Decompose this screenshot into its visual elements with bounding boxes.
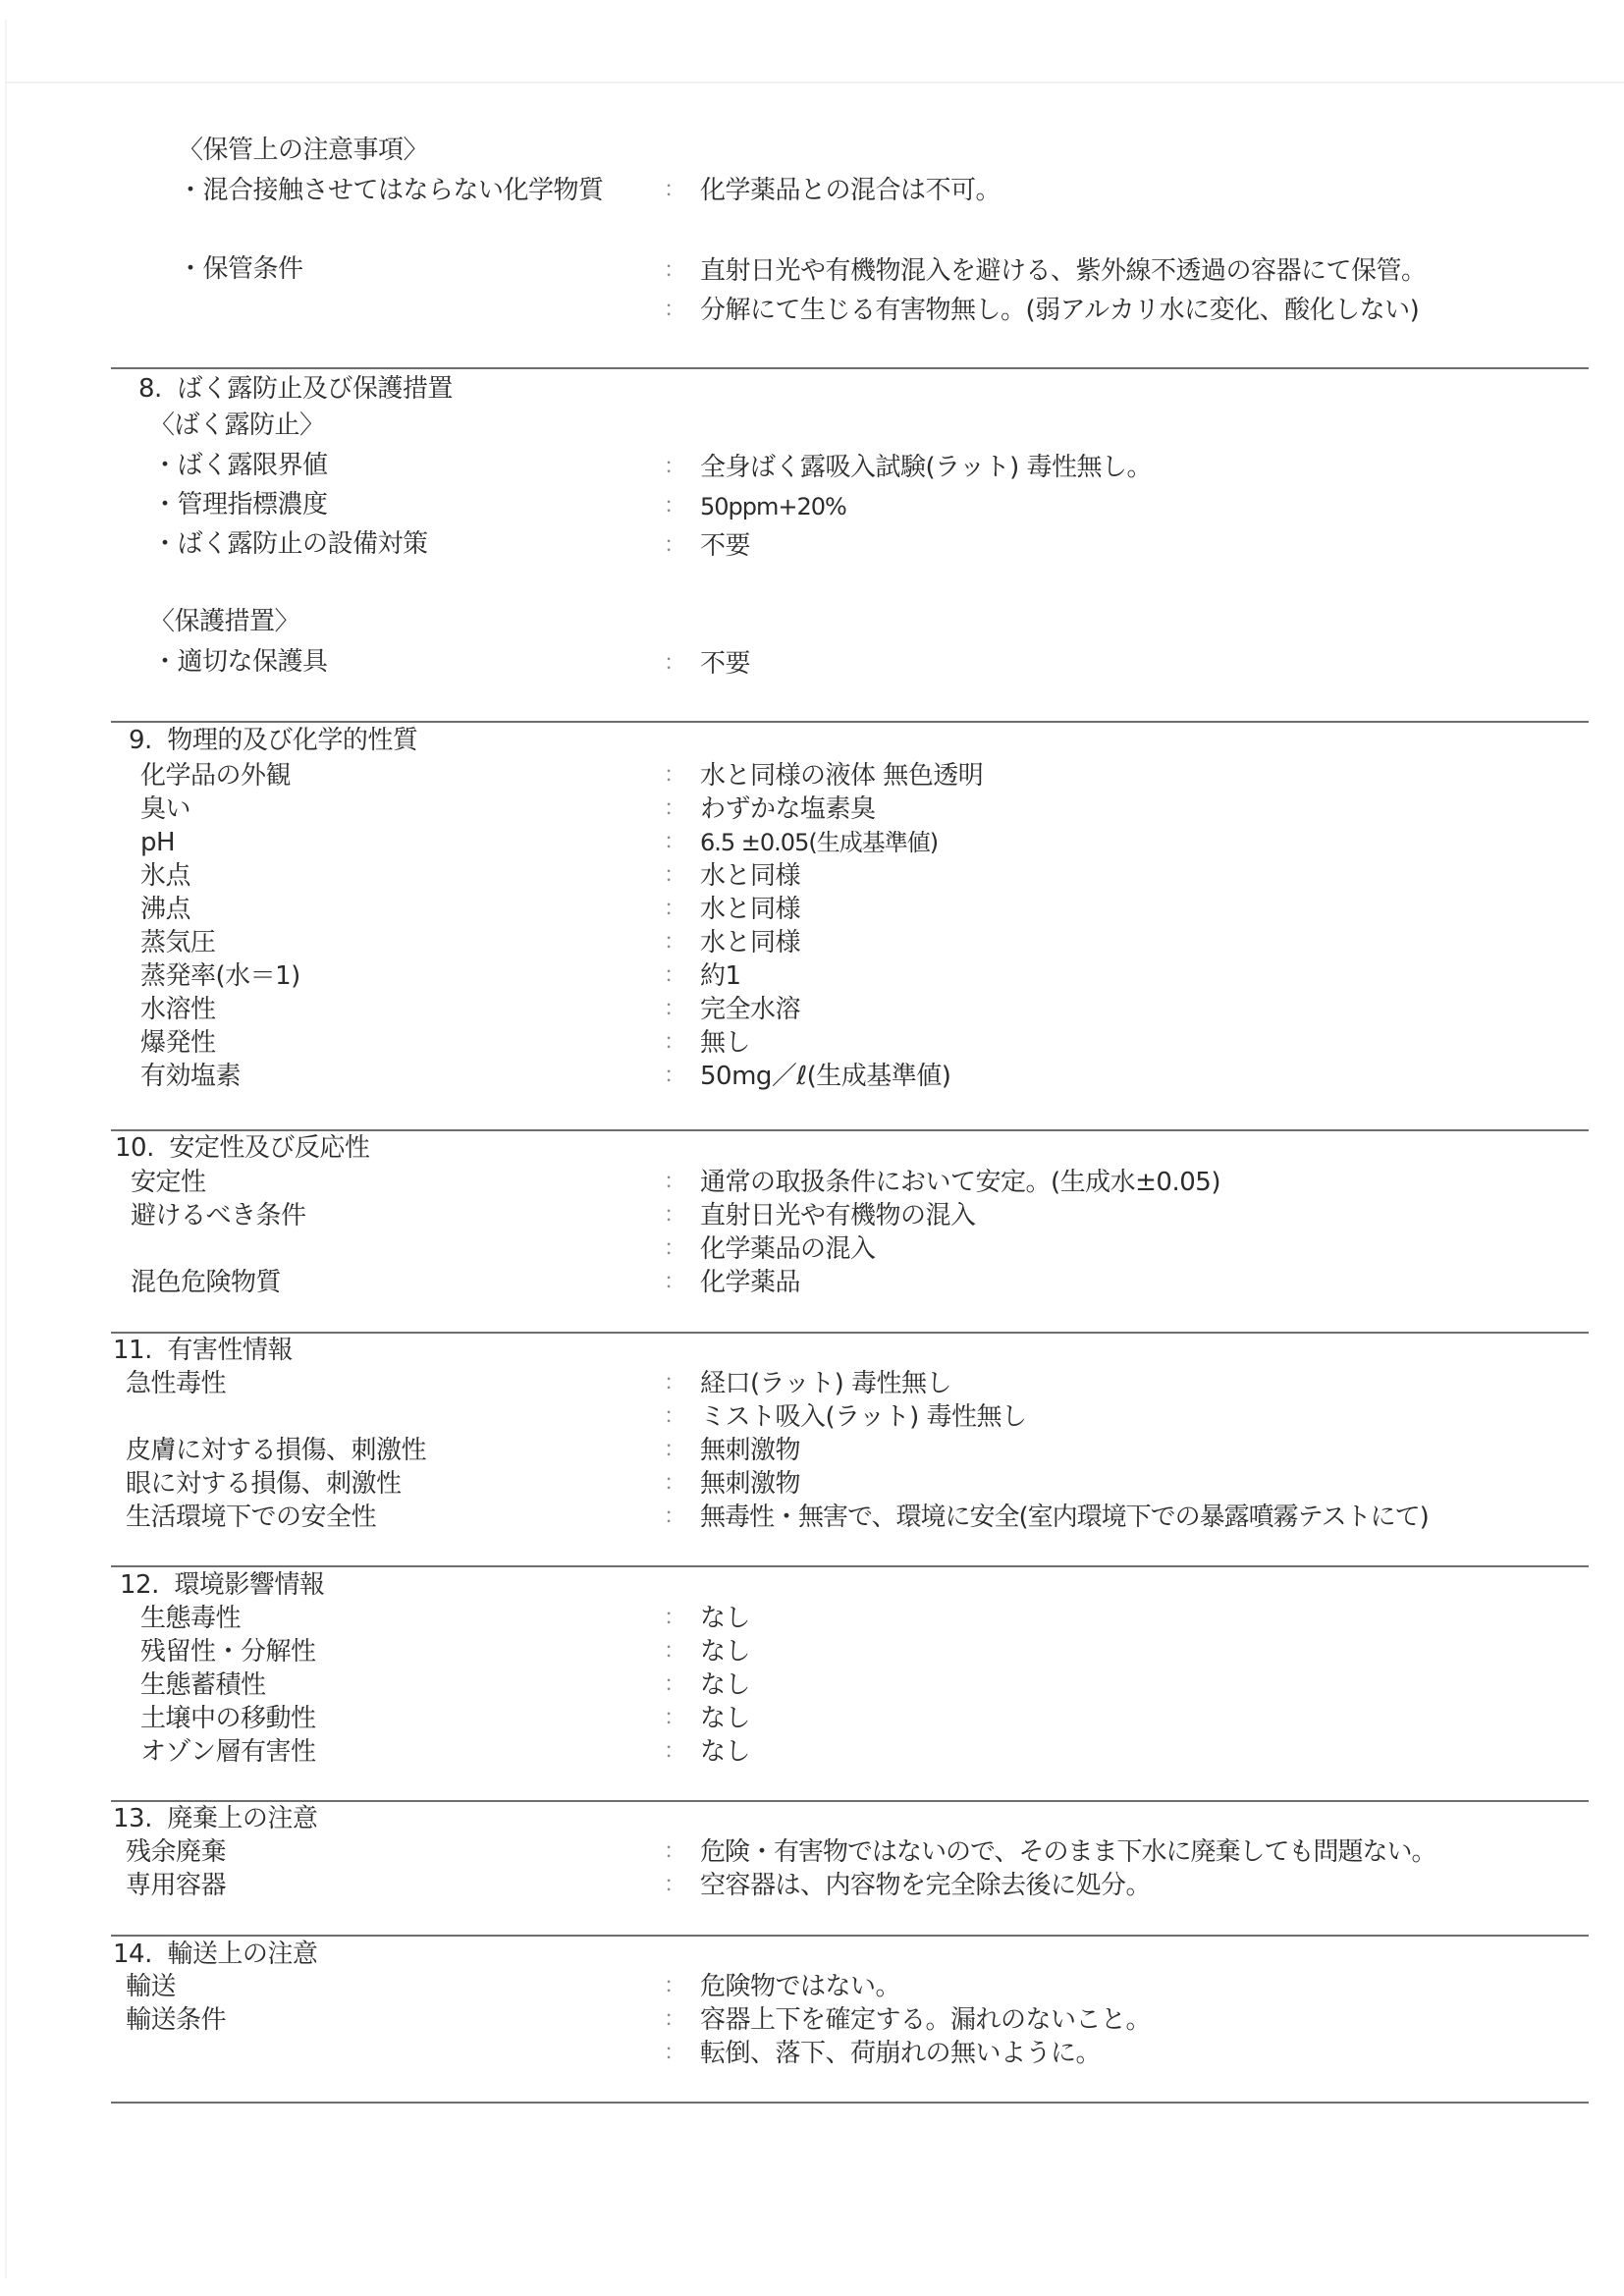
subheading-protective-measures: 〈保護措置〉 <box>149 606 299 637</box>
separator: ： <box>664 860 685 892</box>
field-label: 生態蓄積性 <box>140 1669 266 1701</box>
subheading-storage: 〈保管上の注意事項〉 <box>178 135 428 166</box>
separator: ： <box>664 1200 685 1231</box>
field-value: 無刺激物 <box>700 1468 800 1500</box>
separator: ： <box>664 960 685 992</box>
section-title: 11. 有害性情報 <box>113 1335 293 1366</box>
field-label: 臭い <box>140 793 190 825</box>
field-value: なし <box>700 1669 750 1701</box>
field-value: 直射日光や有機物混入を避ける、紫外線不透過の容器にて保管。 <box>700 255 1427 287</box>
separator: ： <box>664 1435 685 1466</box>
field-label: 土壌中の移動性 <box>140 1703 316 1734</box>
section-title: 9. 物理的及び化学的性質 <box>129 725 417 756</box>
field-value: 不要 <box>700 530 750 562</box>
field-label: ・保管条件 <box>178 253 303 285</box>
section-divider <box>111 721 1589 723</box>
field-label: 残留性・分解性 <box>140 1636 316 1667</box>
separator: ： <box>664 894 685 925</box>
separator: ： <box>664 530 685 562</box>
field-value: 水と同様 <box>700 927 800 958</box>
field-label: 沸点 <box>140 894 190 925</box>
field-label: 化学品の外観 <box>140 760 291 792</box>
section-title: 8. ばく露防止及び保護措置 <box>138 373 453 405</box>
section-divider <box>111 1129 1589 1131</box>
section-divider <box>111 2102 1589 2104</box>
field-label: ・ばく露防止の設備対策 <box>152 528 428 560</box>
field-label: pH <box>140 827 175 858</box>
separator: ： <box>664 927 685 958</box>
field-value: 通常の取扱条件において安定。(生成水±0.05) <box>700 1167 1220 1198</box>
section-divider <box>111 367 1589 369</box>
separator: ： <box>664 1027 685 1059</box>
section-divider <box>111 1332 1589 1334</box>
field-value: 水と同様 <box>700 894 800 925</box>
field-label: 蒸気圧 <box>140 927 216 958</box>
field-label: 水溶性 <box>140 994 216 1025</box>
subheading-exposure-prevention: 〈ばく露防止〉 <box>149 410 325 441</box>
separator: ： <box>664 793 685 825</box>
separator: ： <box>664 648 685 680</box>
field-value: 水と同様の液体 無色透明 <box>700 760 983 792</box>
field-value: 危険物ではない。 <box>700 1971 900 2002</box>
page-edge <box>5 82 1624 83</box>
field-value: なし <box>700 1636 750 1667</box>
field-value: 約1 <box>700 960 741 992</box>
field-value: 不要 <box>700 648 750 680</box>
separator: ： <box>664 1870 685 1901</box>
field-value: 水と同様 <box>700 860 800 892</box>
field-label: ・適切な保護具 <box>152 646 328 678</box>
field-label: 専用容器 <box>126 1870 226 1901</box>
field-label: 有効塩素 <box>140 1061 241 1092</box>
field-label: オゾン層有害性 <box>140 1736 316 1768</box>
separator: ： <box>664 1502 685 1533</box>
separator: ： <box>664 1061 685 1092</box>
field-value: 化学薬品の混入 <box>700 1233 876 1265</box>
separator: ： <box>664 1669 685 1701</box>
field-value: わずかな塩素臭 <box>700 793 876 825</box>
separator: ： <box>664 1267 685 1298</box>
field-label: 避けるべき条件 <box>131 1200 306 1231</box>
separator: ： <box>664 1233 685 1265</box>
separator: ： <box>664 255 685 287</box>
field-label: ・管理指標濃度 <box>152 489 328 520</box>
field-label: ・ばく露限界値 <box>152 450 328 481</box>
separator: ： <box>664 994 685 1025</box>
separator: ： <box>664 1167 685 1198</box>
separator: ： <box>664 1603 685 1634</box>
field-value: 全身ばく露吸入試験(ラット) 毒性無し。 <box>700 452 1152 483</box>
field-value: 50mg／ℓ(生成基準値) <box>700 1061 950 1092</box>
field-value: 転倒、落下、荷崩れの無いように。 <box>700 2038 1101 2069</box>
separator: ： <box>664 452 685 483</box>
separator: ： <box>664 1636 685 1667</box>
field-value: 無毒性・無害で、環境に安全(室内環境下での暴露噴霧テストにて) <box>700 1502 1429 1533</box>
separator: ： <box>664 2038 685 2069</box>
separator: ： <box>664 295 685 326</box>
field-label: 生態毒性 <box>140 1603 241 1634</box>
field-value: なし <box>700 1703 750 1734</box>
section-divider <box>111 1800 1589 1802</box>
field-label: 安定性 <box>131 1167 206 1198</box>
field-label: 眼に対する損傷、刺激性 <box>126 1468 402 1500</box>
field-value: 経口(ラット) 毒性無し <box>700 1368 951 1399</box>
separator: ： <box>664 1468 685 1500</box>
field-label: 混色危険物質 <box>131 1267 281 1298</box>
field-value: 直射日光や有機物の混入 <box>700 1200 976 1231</box>
page-edge <box>5 20 7 2278</box>
separator: ： <box>664 2004 685 2036</box>
field-value: 容器上下を確定する。漏れのないこと。 <box>700 2004 1151 2036</box>
field-value: なし <box>700 1736 750 1768</box>
separator: ： <box>664 1401 685 1433</box>
field-label: 氷点 <box>140 860 190 892</box>
field-value: 分解にて生じる有害物無し。(弱アルカリ水に変化、酸化しない) <box>700 295 1419 326</box>
separator: ： <box>664 827 685 858</box>
field-label: 生活環境下での安全性 <box>126 1502 376 1533</box>
field-value: 完全水溶 <box>700 994 800 1025</box>
field-value: 危険・有害物ではないので、そのまま下水に廃棄しても問題ない。 <box>700 1836 1435 1868</box>
field-label: ・混合接触させてはならない化学物質 <box>178 175 604 206</box>
field-value: ミスト吸入(ラット) 毒性無し <box>700 1401 1027 1433</box>
field-label: 爆発性 <box>140 1027 216 1059</box>
section-title: 14. 輸送上の注意 <box>113 1939 317 1970</box>
separator: ： <box>664 1836 685 1868</box>
field-value: 6.5 ±0.05(生成基準値) <box>700 827 938 858</box>
section-divider <box>111 1565 1589 1567</box>
separator: ： <box>664 175 685 206</box>
field-value: なし <box>700 1603 750 1634</box>
field-value: 化学薬品 <box>700 1267 800 1298</box>
field-value: 50ppm+20% <box>700 491 846 522</box>
section-title: 12. 環境影響情報 <box>120 1569 324 1601</box>
field-label: 皮膚に対する損傷、刺激性 <box>126 1435 426 1466</box>
separator: ： <box>664 760 685 792</box>
field-label: 蒸発率(水＝1) <box>140 960 300 992</box>
separator: ： <box>664 1368 685 1399</box>
field-value: 化学薬品との混合は不可。 <box>700 175 1001 206</box>
field-label: 輸送条件 <box>126 2004 226 2036</box>
section-divider <box>111 1935 1589 1937</box>
field-value: 無刺激物 <box>700 1435 800 1466</box>
section-title: 13. 廃棄上の注意 <box>113 1803 317 1834</box>
separator: ： <box>664 1971 685 2002</box>
field-value: 空容器は、内容物を完全除去後に処分。 <box>700 1870 1151 1901</box>
section-title: 10. 安定性及び反応性 <box>115 1132 369 1164</box>
separator: ： <box>664 1736 685 1768</box>
field-label: 残余廃棄 <box>126 1836 226 1868</box>
field-value: 無し <box>700 1027 750 1059</box>
separator: ： <box>664 491 685 522</box>
field-label: 急性毒性 <box>126 1368 226 1399</box>
field-label: 輸送 <box>126 1971 176 2002</box>
separator: ： <box>664 1703 685 1734</box>
